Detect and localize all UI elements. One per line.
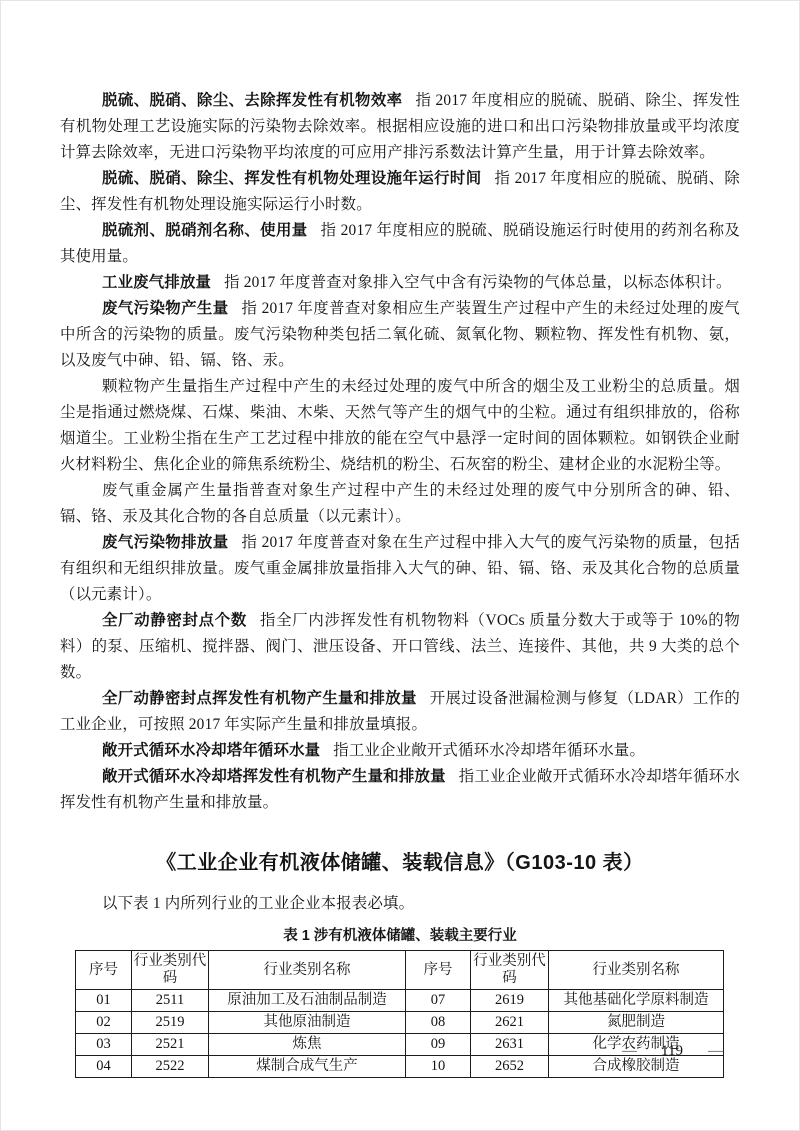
cell-name: 其他原油制造	[209, 1012, 406, 1034]
definition-paragraph: 脱硫、脱硝、除尘、挥发性有机物处理设施年运行时间指 2017 年度相应的脱硫、脱…	[60, 166, 740, 218]
cell-name: 其他基础化学原料制造	[549, 990, 724, 1012]
cell-seq: 03	[76, 1034, 132, 1056]
definition-paragraph: 废气污染物排放量指 2017 年度普查对象在生产过程中排入大气的废气污染物的质量…	[60, 530, 740, 608]
table-row: 01 2511 原油加工及石油制品制造 07 2619 其他基础化学原料制造	[76, 990, 724, 1012]
document-page: { "paragraphs": [ {"term": "脱硫、脱硝、除尘、去除挥…	[0, 0, 800, 1131]
definition-term: 全厂动静密封点个数	[102, 612, 247, 629]
section-title: 《工业企业有机液体储罐、装载信息》（G103-10 表）	[60, 846, 740, 875]
definition-term: 敞开式循环水冷却塔挥发性有机物产生量和排放量	[102, 768, 446, 785]
cell-seq: 08	[406, 1012, 471, 1034]
definition-paragraph: 脱硫、脱硝、除尘、去除挥发性有机物效率指 2017 年度相应的脱硫、脱硝、除尘、…	[60, 88, 740, 166]
col-header-industry-code: 行业类别代码	[471, 951, 549, 990]
col-header-industry-name: 行业类别名称	[209, 951, 406, 990]
cell-name: 原油加工及石油制品制造	[209, 990, 406, 1012]
cell-seq: 01	[76, 990, 132, 1012]
cell-seq: 04	[76, 1056, 132, 1078]
page-number-value: 119	[661, 1043, 683, 1060]
definition-paragraph: 废气重金属产生量指普查对象生产过程中产生的未经过处理的废气中分别所含的砷、铅、镉…	[60, 478, 740, 530]
table-row: 02 2519 其他原油制造 08 2621 氮肥制造	[76, 1012, 724, 1034]
definition-term: 全厂动静密封点挥发性有机物产生量和排放量	[102, 690, 417, 707]
page-number: — 119 —	[622, 1043, 722, 1060]
definition-paragraph: 敞开式循环水冷却塔挥发性有机物产生量和排放量指工业企业敞开式循环水冷却塔年循环水…	[60, 764, 740, 816]
cell-seq: 09	[406, 1034, 471, 1056]
definition-term: 脱硫、脱硝、除尘、挥发性有机物处理设施年运行时间	[102, 170, 482, 187]
col-header-industry-code: 行业类别代码	[132, 951, 209, 990]
cell-code: 2619	[471, 990, 549, 1012]
definition-term: 脱硫剂、脱硝剂名称、使用量	[102, 222, 308, 239]
definition-text: 废气重金属产生量指普查对象生产过程中产生的未经过处理的废气中分别所含的砷、铅、镉…	[60, 482, 740, 525]
cell-seq: 07	[406, 990, 471, 1012]
page-number-dash: —	[708, 1043, 722, 1060]
cell-code: 2631	[471, 1034, 549, 1056]
page-number-dash: —	[622, 1043, 636, 1060]
cell-code: 2522	[132, 1056, 209, 1078]
definition-text: 颗粒物产生量指生产过程中产生的未经过处理的废气中所含的烟尘及工业粉尘的总质量。烟…	[60, 378, 740, 473]
col-header-seq: 序号	[76, 951, 132, 990]
definition-paragraph: 全厂动静密封点挥发性有机物产生量和排放量开展过设备泄漏检测与修复（LDAR）工作…	[60, 686, 740, 738]
cell-code: 2652	[471, 1056, 549, 1078]
cell-name: 氮肥制造	[549, 1012, 724, 1034]
table-caption: 表 1 涉有机液体储罐、装载主要行业	[60, 924, 740, 945]
definition-term: 敞开式循环水冷却塔年循环水量	[102, 742, 320, 759]
definition-term: 废气污染物产生量	[102, 300, 229, 317]
definition-paragraph: 脱硫剂、脱硝剂名称、使用量指 2017 年度相应的脱硫、脱硝设施运行时使用的药剂…	[60, 218, 740, 270]
cell-name: 炼焦	[209, 1034, 406, 1056]
cell-code: 2519	[132, 1012, 209, 1034]
col-header-industry-name: 行业类别名称	[549, 951, 724, 990]
definition-paragraph: 工业废气排放量指 2017 年度普查对象排入空气中含有污染物的气体总量，以标态体…	[60, 270, 740, 296]
table-intro-note: 以下表 1 内所列行业的工业企业本报表必填。	[60, 891, 740, 917]
definition-paragraph: 全厂动静密封点个数指全厂内涉挥发性有机物物料（VOCs 质量分数大于或等于 10…	[60, 608, 740, 686]
definition-paragraph: 废气污染物产生量指 2017 年度普查对象相应生产装置生产过程中产生的未经过处理…	[60, 296, 740, 374]
page-content: 脱硫、脱硝、除尘、去除挥发性有机物效率指 2017 年度相应的脱硫、脱硝、除尘、…	[60, 88, 740, 1078]
col-header-seq: 序号	[406, 951, 471, 990]
cell-code: 2521	[132, 1034, 209, 1056]
definition-term: 工业废气排放量	[102, 274, 211, 291]
definition-text: 指 2017 年度普查对象排入空气中含有污染物的气体总量，以标态体积计。	[224, 274, 731, 291]
cell-name: 煤制合成气生产	[209, 1056, 406, 1078]
definition-term: 脱硫、脱硝、除尘、去除挥发性有机物效率	[102, 92, 402, 109]
definition-paragraph: 敞开式循环水冷却塔年循环水量指工业企业敞开式循环水冷却塔年循环水量。	[60, 738, 740, 764]
definition-term: 废气污染物排放量	[102, 534, 229, 551]
table-header-row: 序号 行业类别代码 行业类别名称 序号 行业类别代码 行业类别名称	[76, 951, 724, 990]
definition-paragraph: 颗粒物产生量指生产过程中产生的未经过处理的废气中所含的烟尘及工业粉尘的总质量。烟…	[60, 374, 740, 478]
cell-seq: 02	[76, 1012, 132, 1034]
cell-seq: 10	[406, 1056, 471, 1078]
cell-code: 2621	[471, 1012, 549, 1034]
definition-text: 指工业企业敞开式循环水冷却塔年循环水量。	[333, 742, 645, 759]
cell-code: 2511	[132, 990, 209, 1012]
